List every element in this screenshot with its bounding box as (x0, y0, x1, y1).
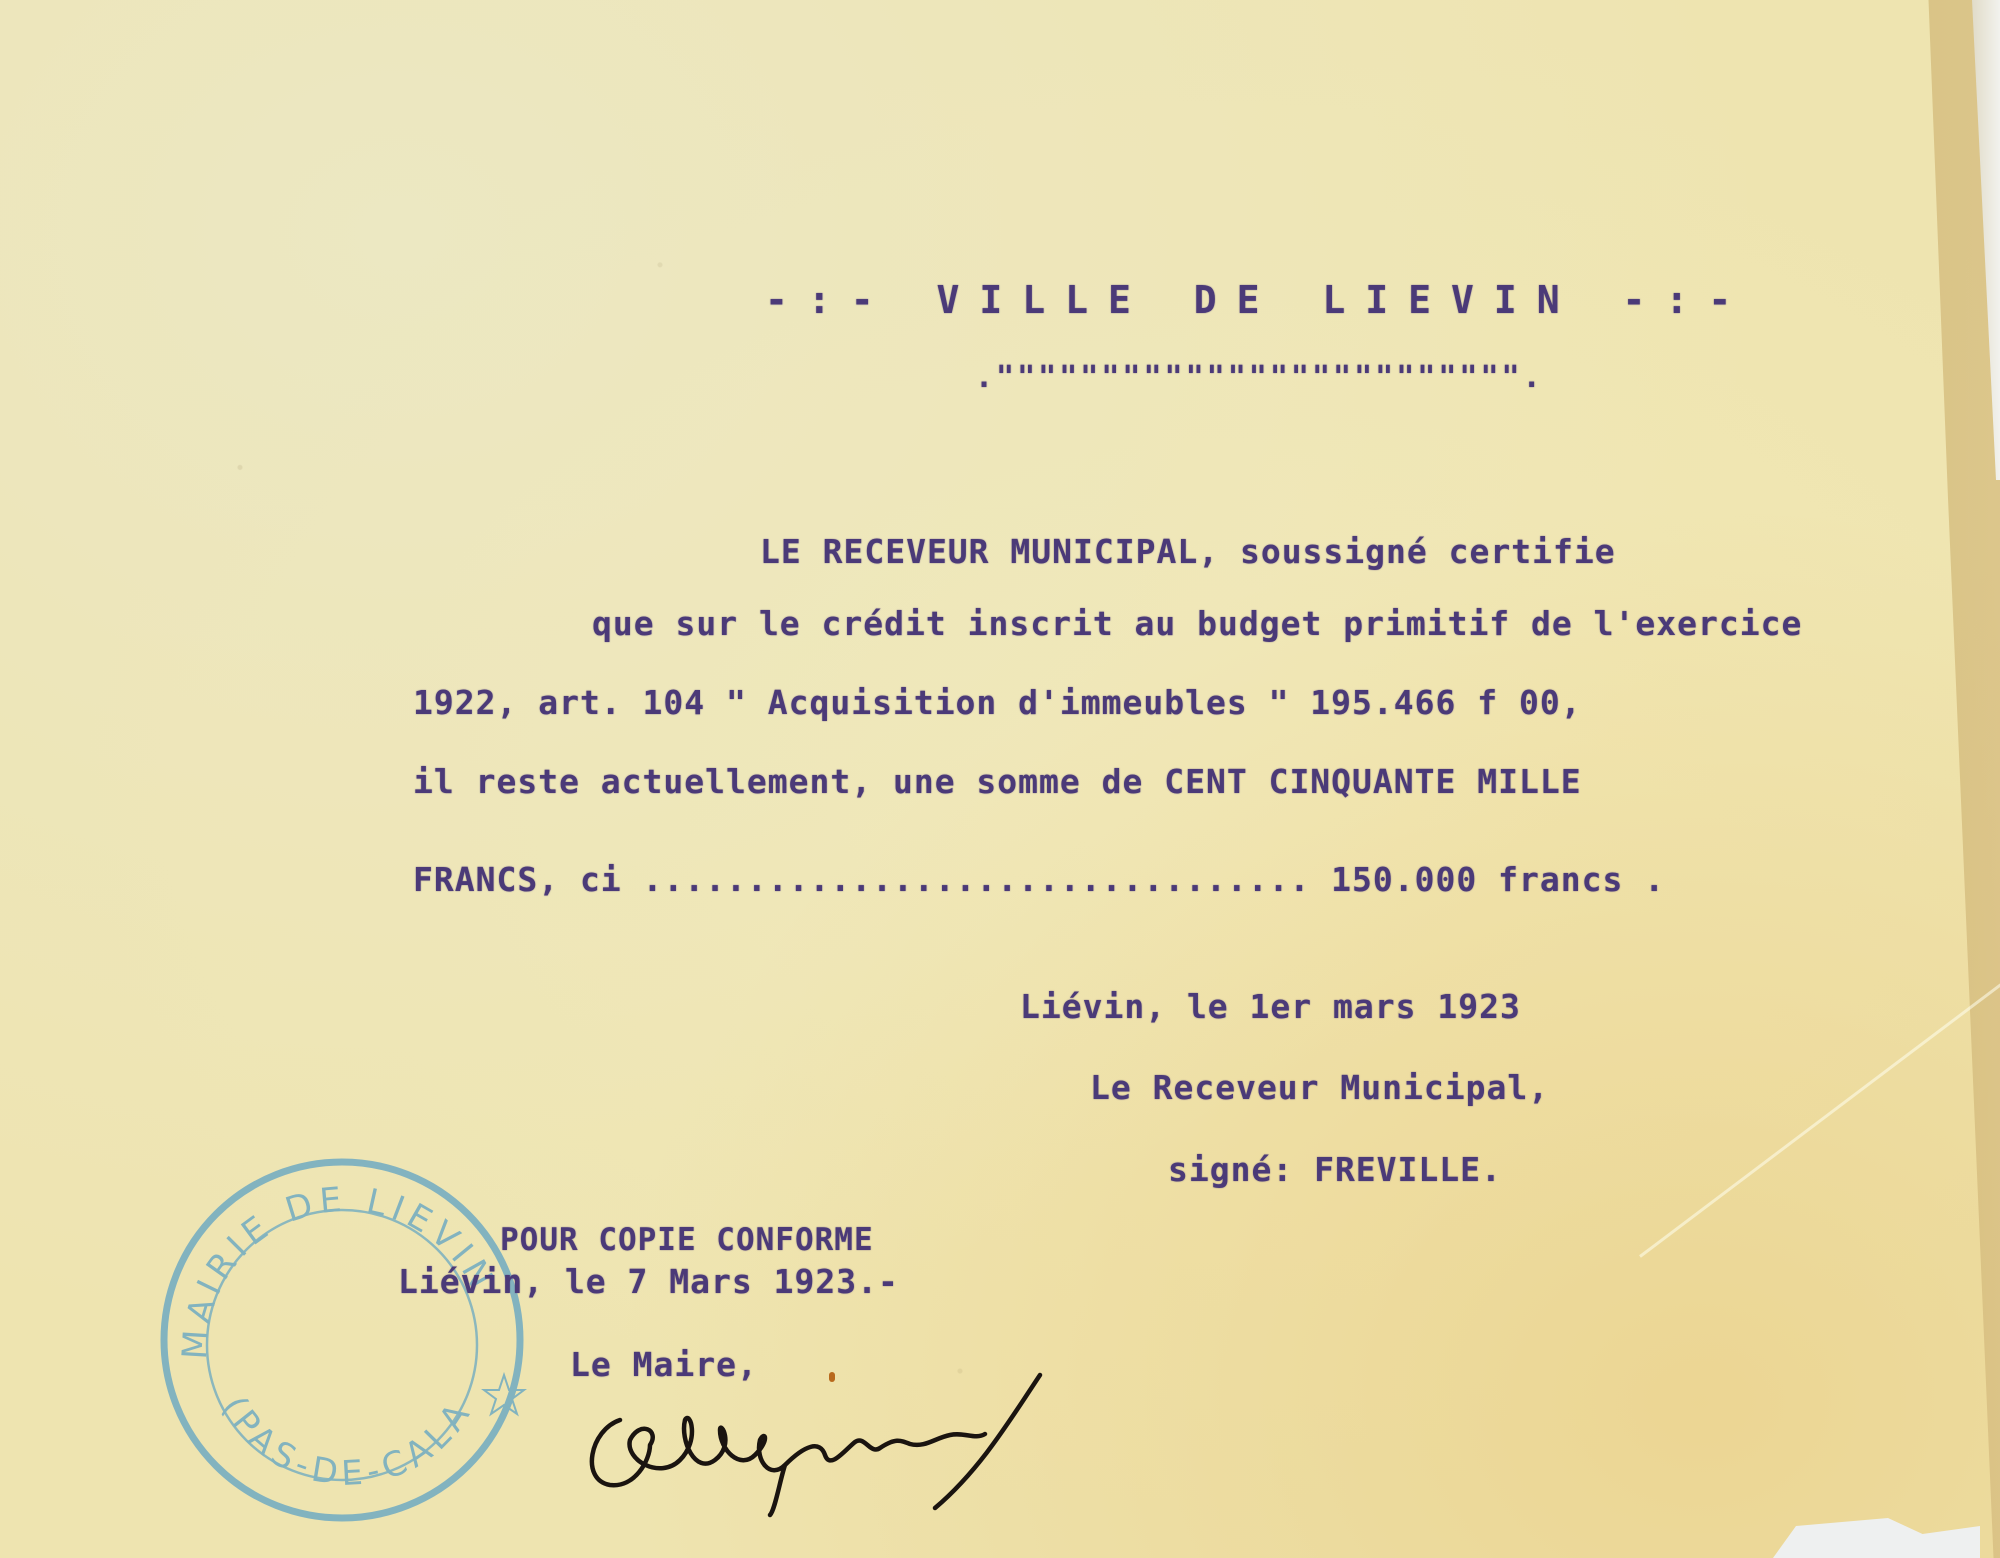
body-line-4: il reste actuellement, une somme de CENT… (413, 762, 1582, 801)
body-line-2: que sur le crédit inscrit au budget prim… (592, 604, 1802, 643)
receiver-signed: signé: FREVILLE. (1168, 1150, 1502, 1189)
body-line-1: LE RECEVEUR MUNICIPAL, soussigné certifi… (760, 532, 1616, 571)
copy-conforme-label: POUR COPIE CONFORME (500, 1222, 874, 1258)
body-line-5: FRANCS, ci .............................… (413, 860, 1665, 899)
paper-corner-tear (1750, 1518, 1980, 1558)
mairie-stamp-icon: MAIRIE DE LIEVIN (PAS-DE-CALAIS) (152, 1145, 532, 1530)
document-title: -:- VILLE DE LIEVIN -:- (765, 278, 1751, 322)
receiver-date: Liévin, le 1er mars 1923 (1020, 987, 1521, 1026)
title-underline: .""""""""""""""""""""""""". (975, 360, 1544, 395)
receiver-role: Le Receveur Municipal, (1090, 1068, 1549, 1107)
paper-fold (1639, 942, 2000, 1257)
body-line-3: 1922, art. 104 " Acquisition d'immeubles… (413, 683, 1582, 722)
certification-date: Liévin, le 7 Mars 1923.- (398, 1262, 899, 1301)
document-photo: -:- VILLE DE LIEVIN -:- ."""""""""""""""… (0, 0, 2000, 1558)
mayor-signature-icon (580, 1360, 1100, 1520)
back-sheet-edge (1870, 0, 2000, 1558)
